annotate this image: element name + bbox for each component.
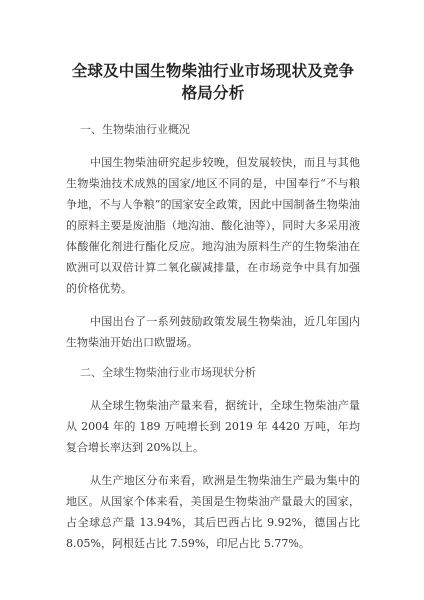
paragraph: 中国生物柴油研究起步较晚，但发展较快，而且与其他生物柴油技术成熟的国家/地区不同… [66,152,360,299]
section-market-status: 二、全球生物柴油行业市场现状分析 从全球生物柴油产量来看，据统计，全球生物柴油产… [66,365,360,554]
paragraph: 从全球生物柴油产量来看，据统计，全球生物柴油产量从 2004 年的 189 万吨… [66,395,360,458]
document-title: 全球及中国生物柴油行业市场现状及竞争格局分析 [66,60,360,104]
document-page: 全球及中国生物柴油行业市场现状及竞争格局分析 一、生物柴油行业概况 中国生物柴油… [0,0,424,600]
section-heading: 二、全球生物柴油行业市场现状分析 [80,365,360,381]
paragraph: 从生产地区分布来看，欧洲是生物柴油生产最为集中的地区。从国家个体来看，美国是生物… [66,470,360,554]
section-overview: 一、生物柴油行业概况 中国生物柴油研究起步较晚，但发展较快，而且与其他生物柴油技… [66,122,360,353]
section-heading: 一、生物柴油行业概况 [80,122,360,138]
paragraph: 中国出台了一系列鼓励政策发展生物柴油，近几年国内生物柴油开始出口欧盟场。 [66,311,360,353]
